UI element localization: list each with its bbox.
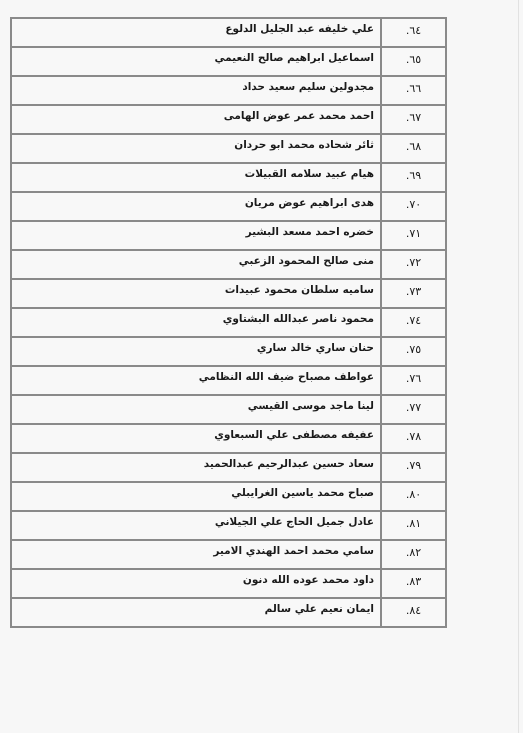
row-number: ٧١. xyxy=(381,221,446,250)
row-number: ٨٠. xyxy=(381,482,446,511)
table-row: ٧٥.حنان ساري خالد ساري xyxy=(11,337,446,366)
table-row: ٦٤.علي خليفه عبد الجليل الدلوع xyxy=(11,18,446,47)
table-row: ٧٤.محمود ناصر عبدالله البشتاوي xyxy=(11,308,446,337)
table-row: ٧٦.عواطف مصباح ضيف الله النظامي xyxy=(11,366,446,395)
row-number: ٦٦. xyxy=(381,76,446,105)
person-name: مجدولين سليم سعيد حداد xyxy=(11,76,381,105)
row-number: ٦٩. xyxy=(381,163,446,192)
document-page: ٦٤.علي خليفه عبد الجليل الدلوع ٦٥.اسماعي… xyxy=(0,0,523,733)
table-row: ٧١.خضره احمد مسعد البشير xyxy=(11,221,446,250)
table-row: ٧٩.سعاد حسين عبدالرحيم عبدالحميد xyxy=(11,453,446,482)
table-row: ٨١.عادل جميل الحاج علي الجيلاني xyxy=(11,511,446,540)
table-row: ٦٧.احمد محمد عمر عوض الهامى xyxy=(11,105,446,134)
person-name: عواطف مصباح ضيف الله النظامي xyxy=(11,366,381,395)
row-number: ٧٥. xyxy=(381,337,446,366)
row-number: ٧٨. xyxy=(381,424,446,453)
table-row: ٦٦.مجدولين سليم سعيد حداد xyxy=(11,76,446,105)
person-name: ساميه سلطان محمود عبيدات xyxy=(11,279,381,308)
person-name: ثائر شحاده محمد ابو حردان xyxy=(11,134,381,163)
person-name: احمد محمد عمر عوض الهامى xyxy=(11,105,381,134)
person-name: سعاد حسين عبدالرحيم عبدالحميد xyxy=(11,453,381,482)
person-name: داود محمد عوده الله دنون xyxy=(11,569,381,598)
table-row: ٧٧.لينا ماجد موسى القيسي xyxy=(11,395,446,424)
table-row: ٨٠.صباح محمد ياسين الغرايبلي xyxy=(11,482,446,511)
person-name: هيام عبيد سلامه القبيلات xyxy=(11,163,381,192)
table-row: ٧٠.هدى ابراهيم عوض مريان xyxy=(11,192,446,221)
person-name: عادل جميل الحاج علي الجيلاني xyxy=(11,511,381,540)
table-row: ٦٨.ثائر شحاده محمد ابو حردان xyxy=(11,134,446,163)
row-number: ٦٧. xyxy=(381,105,446,134)
person-name: اسماعيل ابراهيم صالح النعيمي xyxy=(11,47,381,76)
row-number: ٧٣. xyxy=(381,279,446,308)
row-number: ٨٣. xyxy=(381,569,446,598)
table-row: ٨٢.سامي محمد احمد الهندي الامير xyxy=(11,540,446,569)
person-name: علي خليفه عبد الجليل الدلوع xyxy=(11,18,381,47)
table-row: ٧٨.عفيفه مصطفى علي السبعاوي xyxy=(11,424,446,453)
row-number: ٧٤. xyxy=(381,308,446,337)
row-number: ٧٢. xyxy=(381,250,446,279)
table-row: ٦٩.هيام عبيد سلامه القبيلات xyxy=(11,163,446,192)
person-name: سامي محمد احمد الهندي الامير xyxy=(11,540,381,569)
row-number: ٨١. xyxy=(381,511,446,540)
row-number: ٨٤. xyxy=(381,598,446,627)
table-row: ٧٢.منى صالح المحمود الزعبي xyxy=(11,250,446,279)
person-name: صباح محمد ياسين الغرايبلي xyxy=(11,482,381,511)
person-name: ايمان نعيم علي سالم xyxy=(11,598,381,627)
table-row: ٨٣.داود محمد عوده الله دنون xyxy=(11,569,446,598)
person-name: منى صالح المحمود الزعبي xyxy=(11,250,381,279)
row-number: ٦٤. xyxy=(381,18,446,47)
row-number: ٦٨. xyxy=(381,134,446,163)
person-name: لينا ماجد موسى القيسي xyxy=(11,395,381,424)
person-name: عفيفه مصطفى علي السبعاوي xyxy=(11,424,381,453)
person-name: هدى ابراهيم عوض مريان xyxy=(11,192,381,221)
table-row: ٦٥.اسماعيل ابراهيم صالح النعيمي xyxy=(11,47,446,76)
person-name: حنان ساري خالد ساري xyxy=(11,337,381,366)
row-number: ٦٥. xyxy=(381,47,446,76)
person-name: محمود ناصر عبدالله البشتاوي xyxy=(11,308,381,337)
table-row: ٨٤.ايمان نعيم علي سالم xyxy=(11,598,446,627)
person-name: خضره احمد مسعد البشير xyxy=(11,221,381,250)
page-edge-divider xyxy=(518,0,519,733)
table-row: ٧٣.ساميه سلطان محمود عبيدات xyxy=(11,279,446,308)
names-table-body: ٦٤.علي خليفه عبد الجليل الدلوع ٦٥.اسماعي… xyxy=(11,18,446,627)
row-number: ٧٧. xyxy=(381,395,446,424)
row-number: ٧٩. xyxy=(381,453,446,482)
row-number: ٧٠. xyxy=(381,192,446,221)
row-number: ٨٢. xyxy=(381,540,446,569)
row-number: ٧٦. xyxy=(381,366,446,395)
names-table: ٦٤.علي خليفه عبد الجليل الدلوع ٦٥.اسماعي… xyxy=(10,17,447,628)
